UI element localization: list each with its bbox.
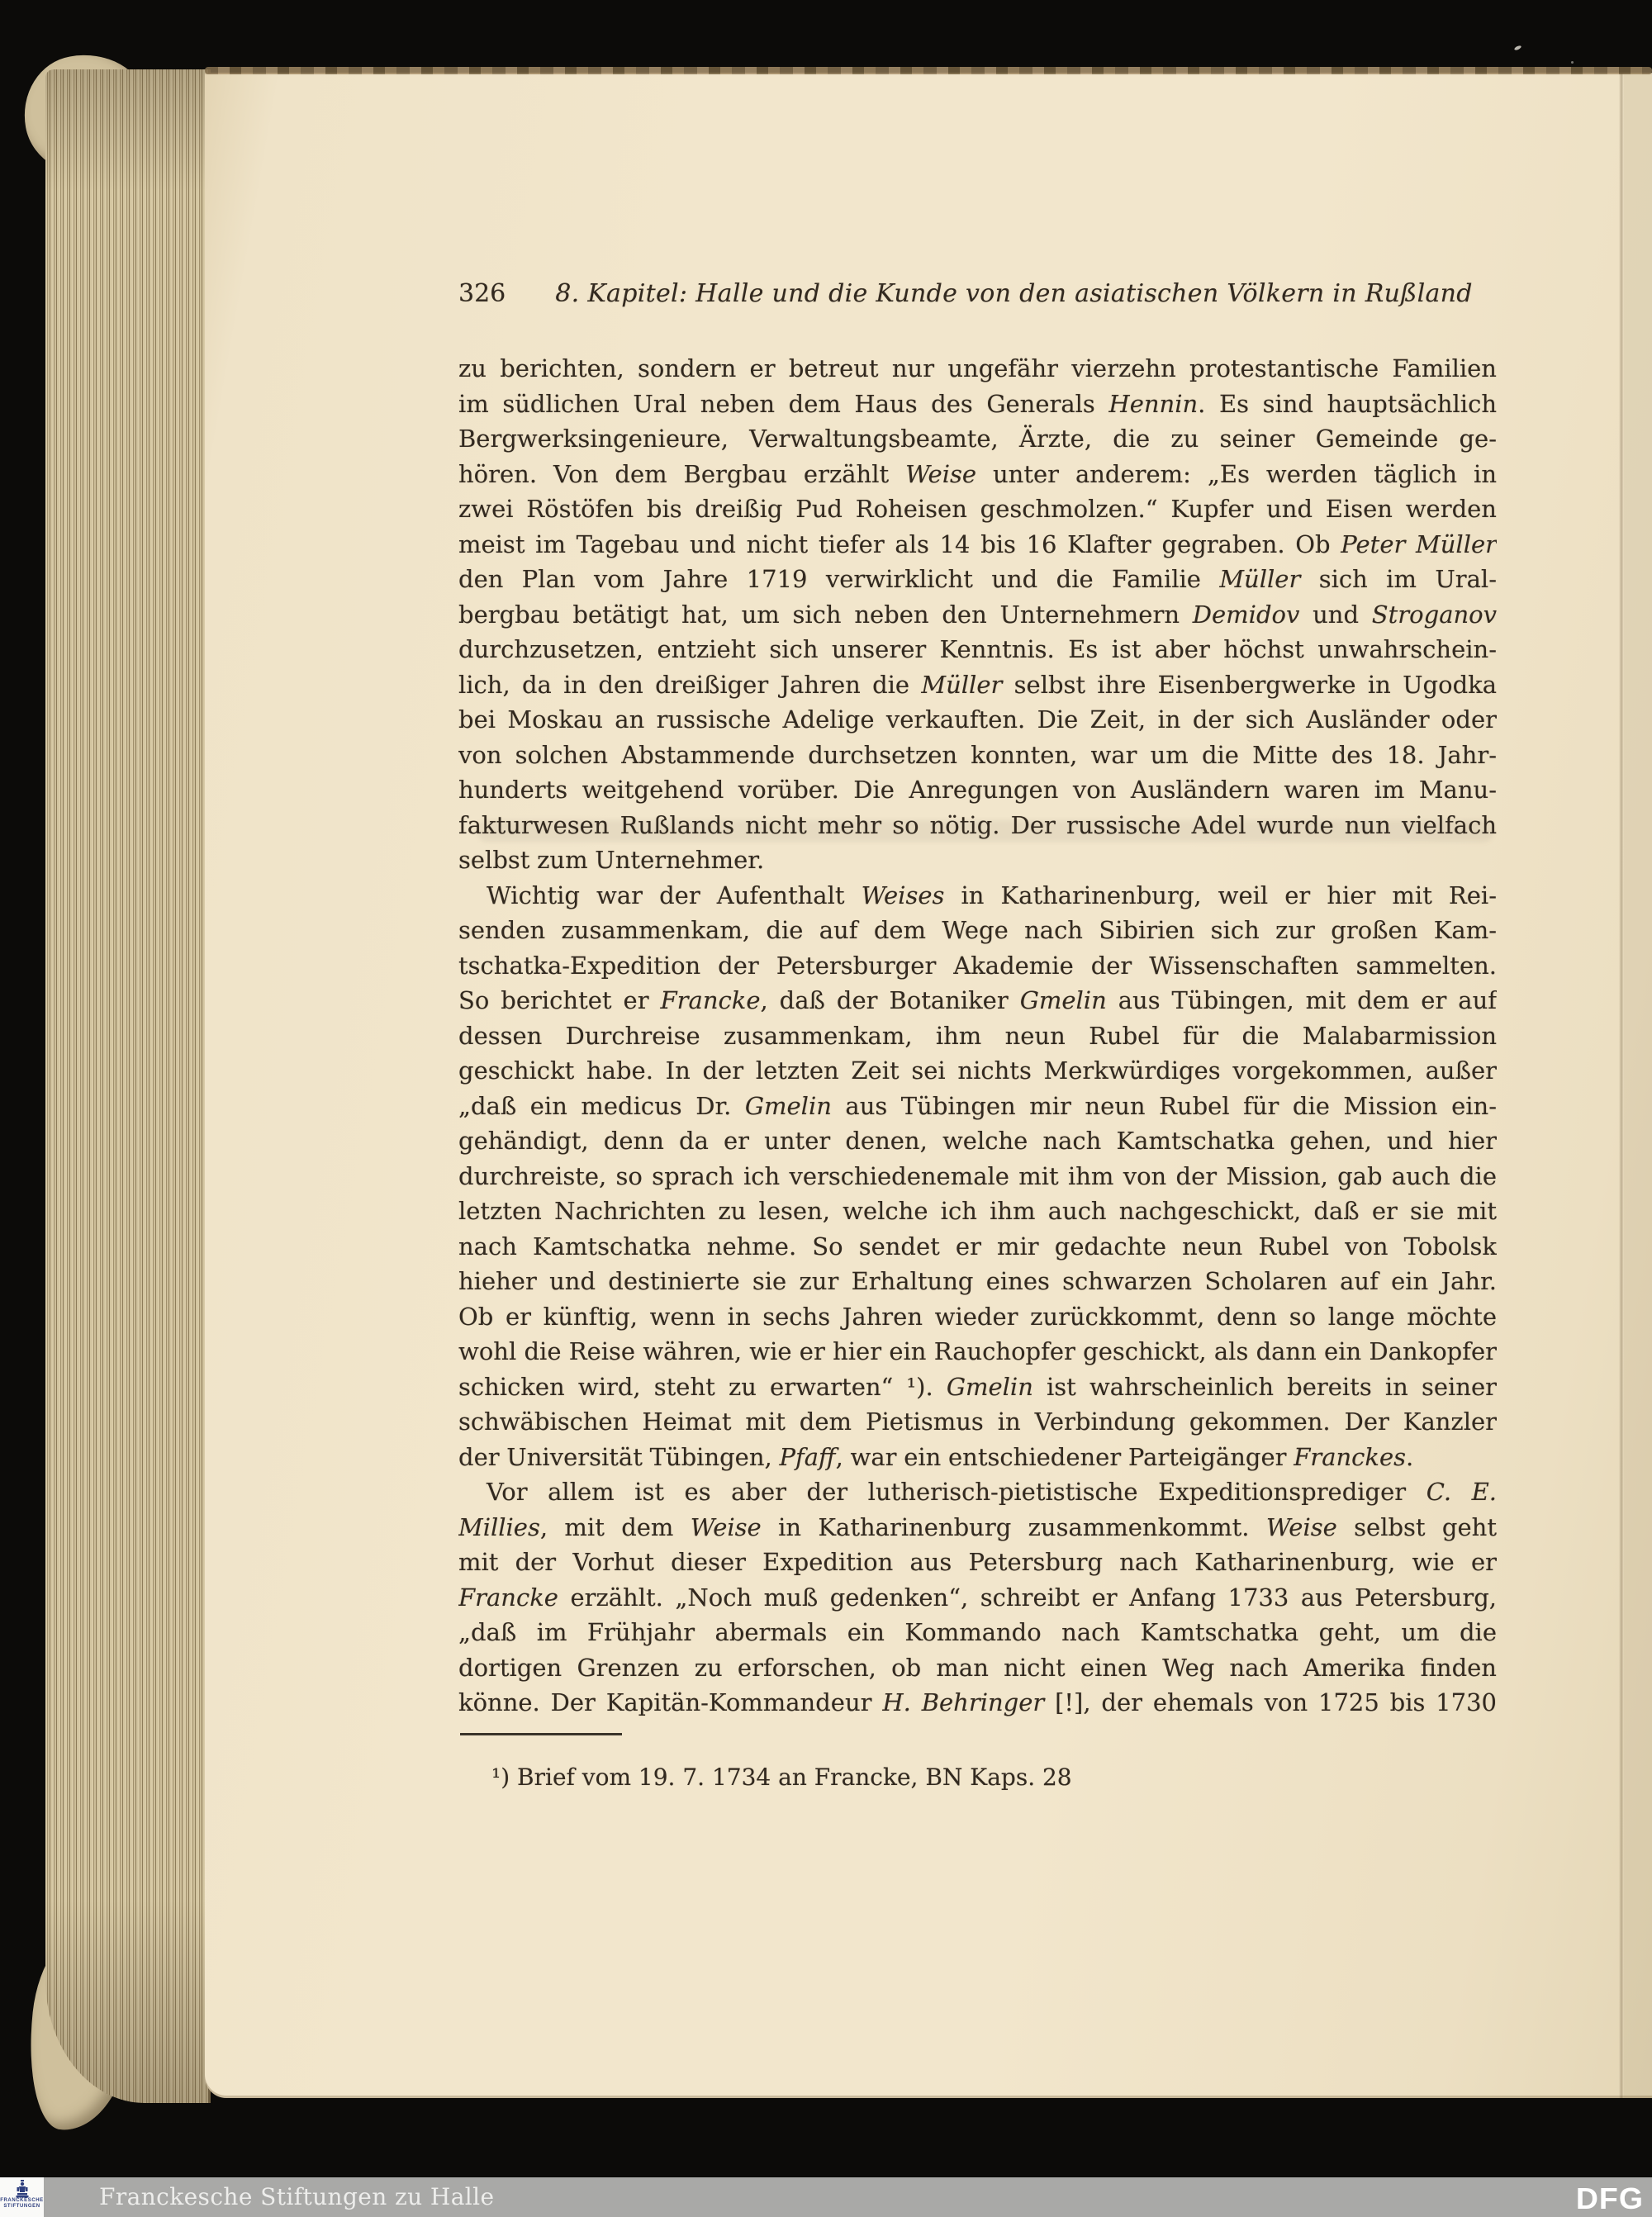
- text-line: tschatka-Expedition der Petersburger Aka…: [458, 948, 1497, 984]
- chapter-running-title: 8. Kapitel: Halle und die Kunde von den …: [555, 279, 1473, 308]
- text-line: geschickt habe. In der letzten Zeit sei …: [458, 1053, 1497, 1089]
- institution-logo-text-line1: FRANCKESCHE: [0, 2198, 44, 2204]
- dust-speck: [1514, 45, 1522, 50]
- book-fore-edge-pages: [45, 69, 211, 2103]
- text-line: lich, da in den dreißiger Jahren die Mül…: [458, 667, 1497, 703]
- running-header: 3268. Kapitel: Halle und die Kunde von d…: [458, 278, 1497, 311]
- text-line: „daß ein medicus Dr. Gmelin aus Tübingen…: [458, 1089, 1497, 1124]
- text-line: durchreiste, so sprach ich verschiedenem…: [458, 1159, 1497, 1194]
- text-line: von solchen Abstammende durchsetzen konn…: [458, 738, 1497, 773]
- footnote: ¹) Brief vom 19. 7. 1734 an Francke, BN …: [491, 1761, 1072, 1794]
- text-line: im südlichen Ural neben dem Haus des Gen…: [458, 387, 1497, 422]
- text-line: schwäbischen Heimat mit dem Pietismus in…: [458, 1404, 1497, 1440]
- text-line: Millies, mit dem Weise in Katharinenburg…: [458, 1510, 1497, 1545]
- text-line: letzten Nachrichten zu lesen, welche ich…: [458, 1194, 1497, 1229]
- dust-speck: [1571, 61, 1574, 64]
- footnote-rule: [460, 1733, 622, 1735]
- text-line: hören. Von dem Bergbau erzählt Weise unt…: [458, 457, 1497, 492]
- text-line: könne. Der Kapitän-Kommandeur H. Behring…: [458, 1685, 1497, 1721]
- institution-logo: FRANCKESCHE STIFTUNGEN: [0, 2177, 44, 2217]
- text-line: So berichtet er Francke, daß der Botanik…: [458, 983, 1497, 1018]
- text-line: Bergwerksingenieure, Verwaltungsbeamte, …: [458, 421, 1497, 457]
- page-gutter-crease: [1619, 73, 1624, 2098]
- text-line: durchzusetzen, entzieht sich unserer Ken…: [458, 632, 1497, 667]
- text-line: dessen Durchreise zusammenkam, ihm neun …: [458, 1018, 1497, 1054]
- text-line: Vor allem ist es aber der lutherisch-pie…: [458, 1474, 1497, 1510]
- text-line: fakturwesen Rußlands nicht mehr so nötig…: [458, 808, 1497, 843]
- text-line: Ob er künftig, wenn in sechs Jahren wied…: [458, 1299, 1497, 1335]
- page-gutter-strip: [1624, 73, 1652, 2098]
- text-line: schicken wird, steht zu erwarten“ ¹). Gm…: [458, 1370, 1497, 1405]
- text-line: bergbau betätigt hat, um sich neben den …: [458, 597, 1497, 633]
- text-line: den Plan vom Jahre 1719 verwirklicht und…: [458, 562, 1497, 597]
- text-line: bei Moskau an russische Adelige verkauft…: [458, 702, 1497, 738]
- text-line: senden zusammenkam, die auf dem Wege nac…: [458, 913, 1497, 948]
- body-text: zu berichten, sondern er betreut nur ung…: [458, 351, 1497, 1721]
- page-number: 326: [458, 278, 506, 311]
- text-line: gehändigt, denn da er unter denen, welch…: [458, 1123, 1497, 1159]
- dfg-logo: DFG: [1576, 2181, 1644, 2217]
- text-line: der Universität Tübingen, Pfaff, war ein…: [458, 1440, 1497, 1475]
- institution-logo-text-line2: STIFTUNGEN: [3, 2204, 40, 2210]
- text-line: Francke erzählt. „Noch muß gedenken“, sc…: [458, 1580, 1497, 1616]
- viewer-footer-bar: FRANCKESCHE STIFTUNGEN Franckesche Stift…: [0, 2177, 1652, 2217]
- text-line: dortigen Grenzen zu erforschen, ob man n…: [458, 1650, 1497, 1686]
- text-line: selbst zum Unternehmer.: [458, 843, 1497, 878]
- text-line: zwei Röstöfen bis dreißig Pud Roheisen g…: [458, 491, 1497, 527]
- text-line: wohl die Reise währen, wie er hier ein R…: [458, 1334, 1497, 1370]
- francke-statue-icon: [14, 2180, 31, 2198]
- text-line: meist im Tagebau und nicht tiefer als 14…: [458, 527, 1497, 563]
- text-line: „daß im Frühjahr abermals ein Kommando n…: [458, 1615, 1497, 1650]
- institution-name: Franckesche Stiftungen zu Halle: [99, 2177, 495, 2217]
- scan-viewer: 3268. Kapitel: Halle und die Kunde von d…: [0, 0, 1652, 2217]
- text-line: hunderts weitgehend vorüber. Die Anregun…: [458, 772, 1497, 808]
- text-line: hieher und destinierte sie zur Erhaltung…: [458, 1264, 1497, 1299]
- scanned-book-page: 3268. Kapitel: Halle und die Kunde von d…: [205, 73, 1652, 2098]
- text-line: Wichtig war der Aufenthalt Weises in Kat…: [458, 878, 1497, 914]
- text-line: mit der Vorhut dieser Expedition aus Pet…: [458, 1545, 1497, 1580]
- text-line: nach Kamtschatka nehme. So sendet er mir…: [458, 1229, 1497, 1265]
- text-line: zu berichten, sondern er betreut nur ung…: [458, 351, 1497, 387]
